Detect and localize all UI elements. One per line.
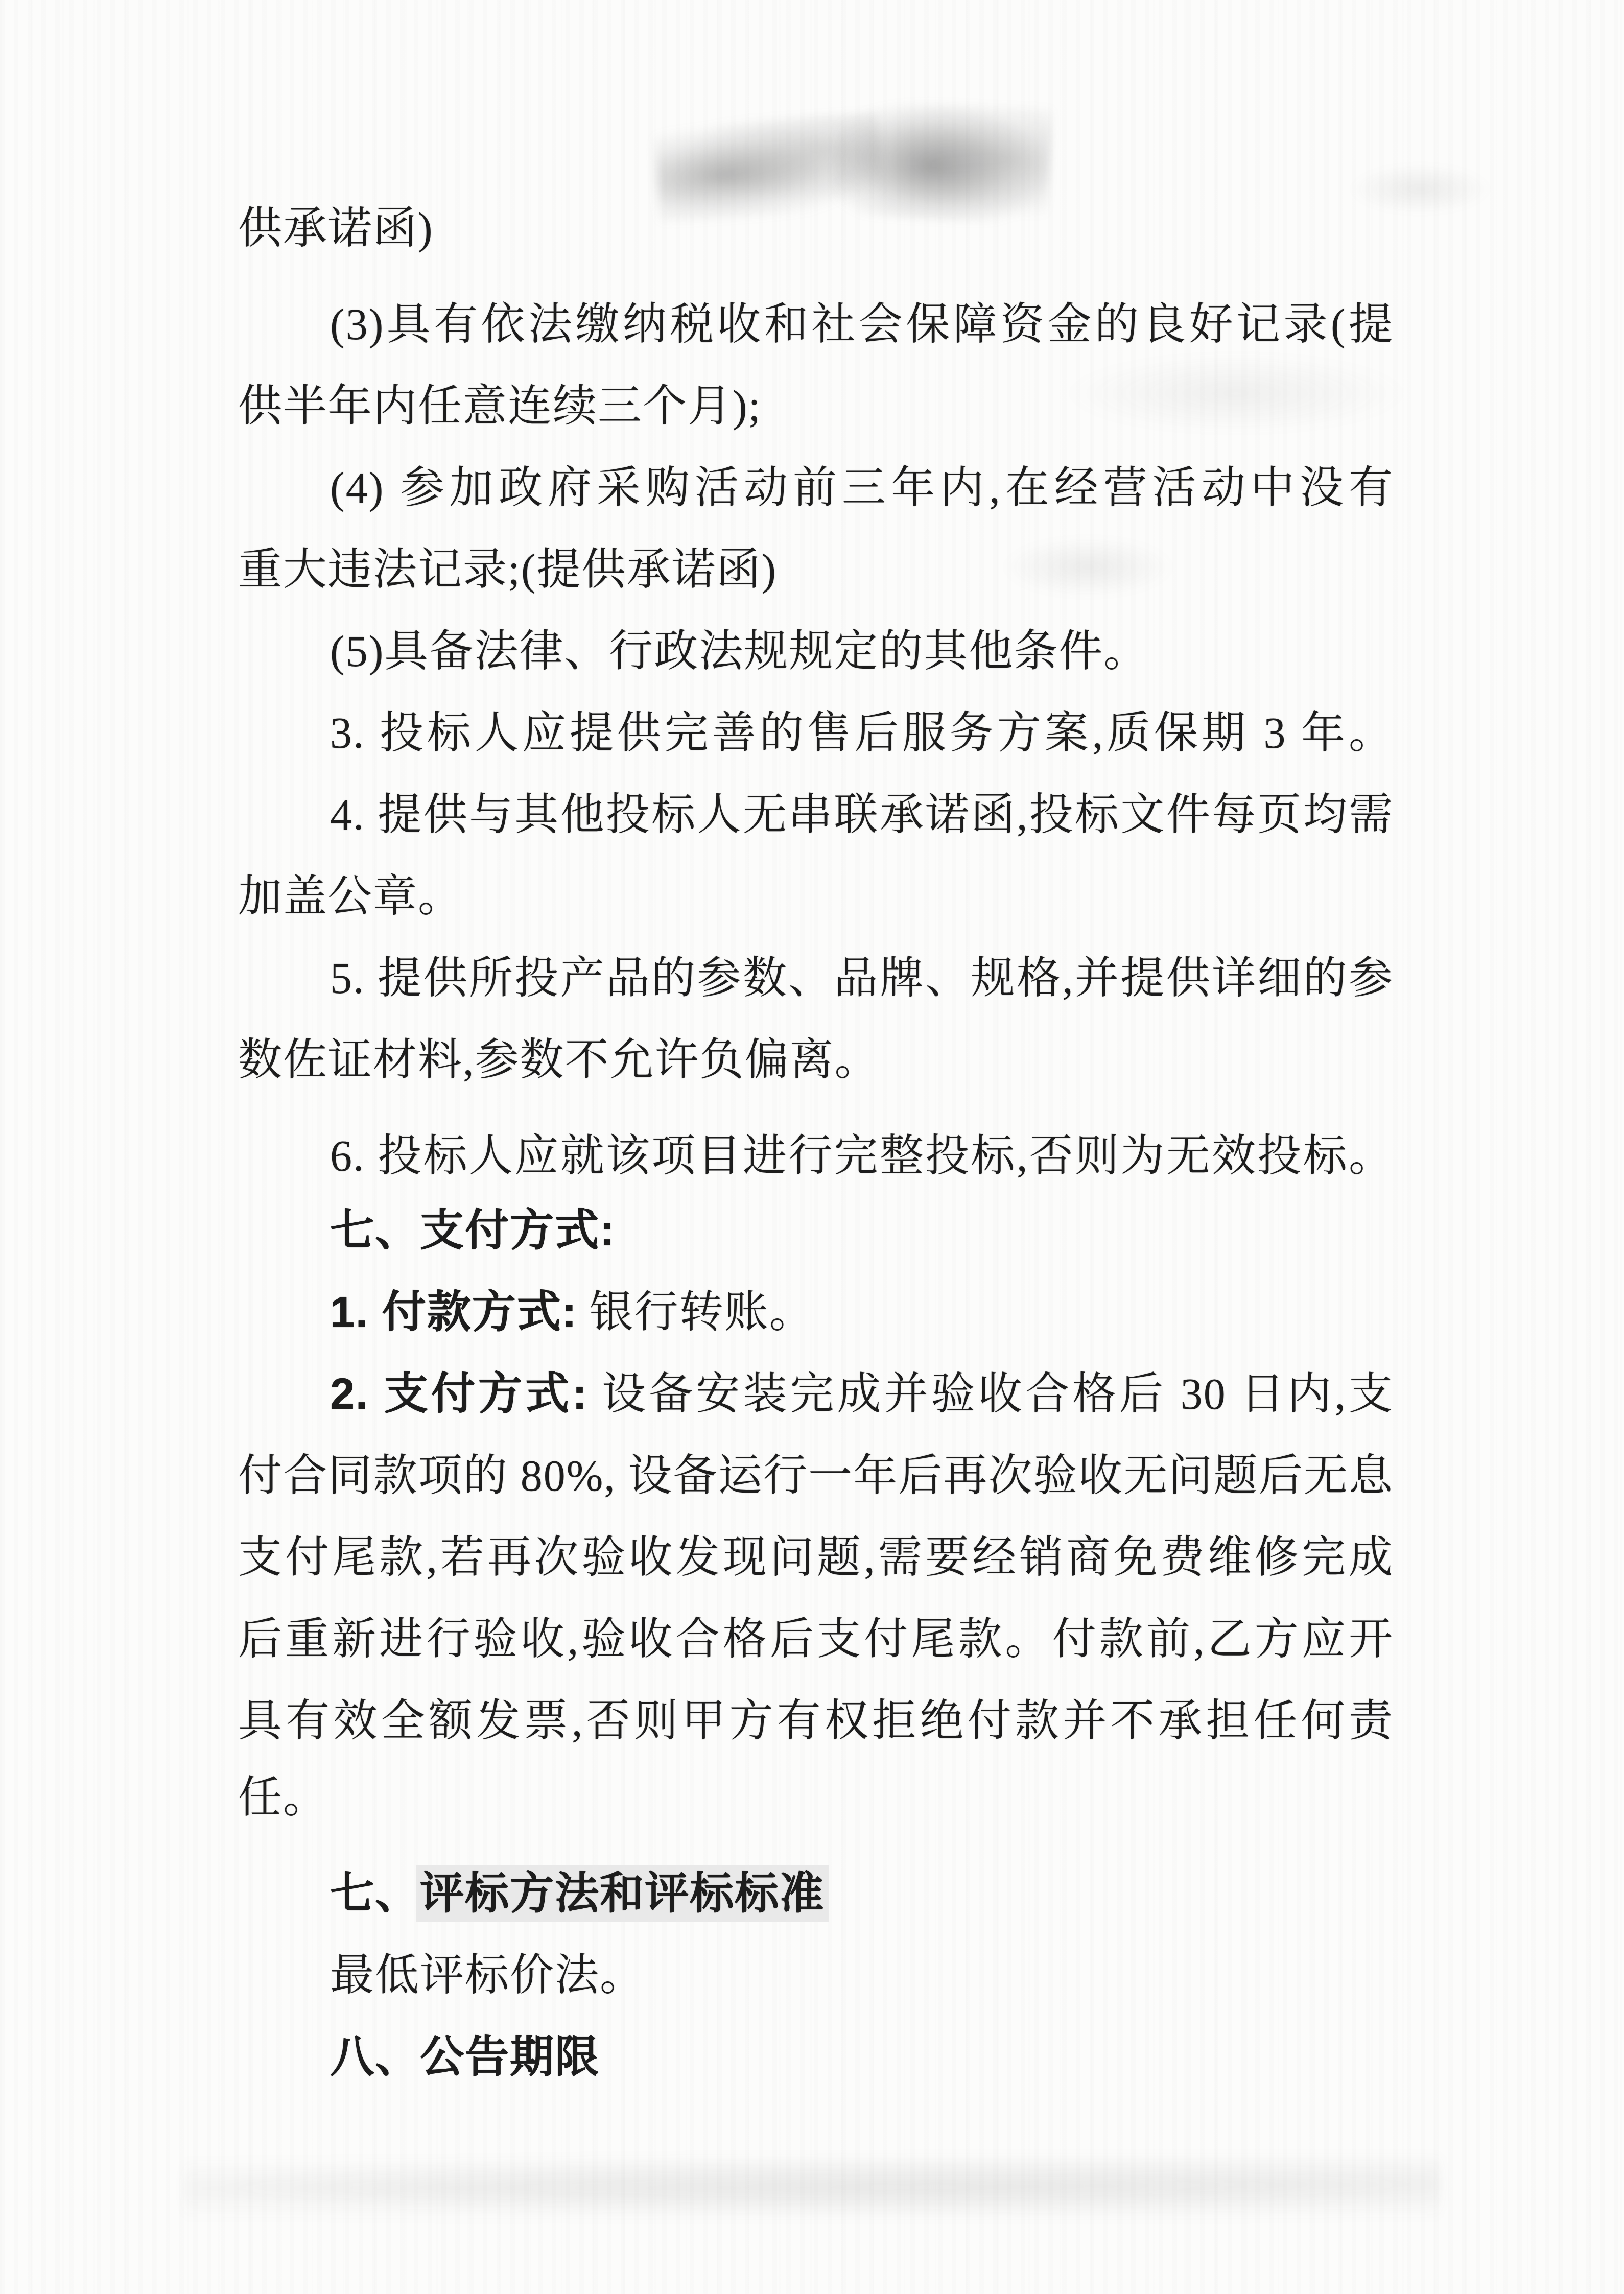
text-line: 七、评标方法和评标标准 xyxy=(238,1853,1394,1934)
text-segment: 加盖公章。 xyxy=(238,872,463,921)
text-segment: 供半年内任意连续三个月); xyxy=(238,382,762,431)
text-segment: 设备安装完成并验收合格后 30 日内,支 xyxy=(588,1369,1394,1418)
text-line: 加盖公章。 xyxy=(238,856,1394,937)
text-segment: 具有效全额发票,否则甲方有权拒绝付款并不承担任何责 xyxy=(238,1696,1394,1745)
text-line: 具有效全额发票,否则甲方有权拒绝付款并不承担任何责 xyxy=(238,1680,1394,1762)
text-segment: 4. 提供与其他投标人无串联承诺函,投标文件每页均需 xyxy=(330,790,1394,839)
heading-segment: 七、支付方式: xyxy=(330,1206,616,1255)
text-segment: (3)具有依法缴纳税收和社会保障资金的良好记录(提 xyxy=(330,300,1394,349)
text-line: 最低评标价法。 xyxy=(238,1934,1394,2016)
text-line: 任。 xyxy=(238,1757,1394,1838)
text-segment: 支付尾款,若再次验收发现问题,需要经销商免费维修完成 xyxy=(238,1533,1394,1582)
text-line: (4) 参加政府采购活动前三年内,在经营活动中没有 xyxy=(238,447,1394,529)
text-line: 供承诺函) xyxy=(238,187,1394,269)
text-line: (3)具有依法缴纳税收和社会保障资金的良好记录(提 xyxy=(238,283,1394,365)
text-segment: 任。 xyxy=(238,1773,328,1822)
text-line: 重大违法记录;(提供承诺函) xyxy=(238,529,1394,610)
text-line: 3. 投标人应提供完善的售后服务方案,质保期 3 年。 xyxy=(238,692,1394,774)
scanned-page: { "page": { "background": "#fcfcfb", "in… xyxy=(0,0,1624,2294)
text-segment: 后重新进行验收,验收合格后支付尾款。付款前,乙方应开 xyxy=(238,1615,1394,1664)
text-segment: 数佐证材料,参数不允许负偏离。 xyxy=(238,1035,880,1084)
heading-segment: 1. 付款方式: xyxy=(330,1288,577,1337)
text-segment: 6. 投标人应就该项目进行完整投标,否则为无效投标。 xyxy=(330,1131,1394,1180)
text-line: 支付尾款,若再次验收发现问题,需要经销商免费维修完成 xyxy=(238,1517,1394,1598)
text-block: 供承诺函)(3)具有依法缴纳税收和社会保障资金的良好记录(提供半年内任意连续三个… xyxy=(238,187,1394,2098)
text-line: 5. 提供所投产品的参数、品牌、规格,并提供详细的参 xyxy=(238,937,1394,1019)
text-segment: (4) 参加政府采购活动前三年内,在经营活动中没有 xyxy=(330,463,1394,512)
text-line: 付合同款项的 80%, 设备运行一年后再次验收无问题后无息 xyxy=(238,1435,1394,1517)
text-line: 供半年内任意连续三个月); xyxy=(238,365,1394,447)
text-line: 1. 付款方式: 银行转账。 xyxy=(238,1271,1394,1353)
text-line: 4. 提供与其他投标人无串联承诺函,投标文件每页均需 xyxy=(238,774,1394,856)
text-segment: 付合同款项的 80%, 设备运行一年后再次验收无问题后无息 xyxy=(238,1451,1394,1500)
text-segment: 5. 提供所投产品的参数、品牌、规格,并提供详细的参 xyxy=(330,954,1394,1003)
text-segment: 银行转账。 xyxy=(577,1288,814,1337)
text-segment: 最低评标价法。 xyxy=(330,1951,645,2000)
bleed-through-ghost xyxy=(184,2156,1441,2222)
text-line: 6. 投标人应就该项目进行完整投标,否则为无效投标。 xyxy=(238,1115,1394,1197)
text-line: (5)具备法律、行政法规规定的其他条件。 xyxy=(238,610,1394,692)
text-line: 2. 支付方式: 设备安装完成并验收合格后 30 日内,支 xyxy=(238,1353,1394,1435)
text-segment: 3. 投标人应提供完善的售后服务方案,质保期 3 年。 xyxy=(330,708,1394,758)
heading-segment: 评标方法和评标标准 xyxy=(420,1869,825,1918)
text-segment: 重大违法记录;(提供承诺函) xyxy=(238,545,777,594)
text-line: 八、公告期限 xyxy=(238,2016,1394,2098)
heading-segment: 七、 xyxy=(330,1869,420,1918)
text-line: 数佐证材料,参数不允许负偏离。 xyxy=(238,1019,1394,1101)
text-line: 后重新进行验收,验收合格后支付尾款。付款前,乙方应开 xyxy=(238,1598,1394,1680)
text-line: 七、支付方式: xyxy=(238,1190,1394,1271)
heading-segment: 2. 支付方式: xyxy=(330,1369,588,1418)
text-segment: 供承诺函) xyxy=(238,204,434,253)
text-segment: (5)具备法律、行政法规规定的其他条件。 xyxy=(330,627,1148,676)
heading-segment: 八、公告期限 xyxy=(330,2032,600,2082)
